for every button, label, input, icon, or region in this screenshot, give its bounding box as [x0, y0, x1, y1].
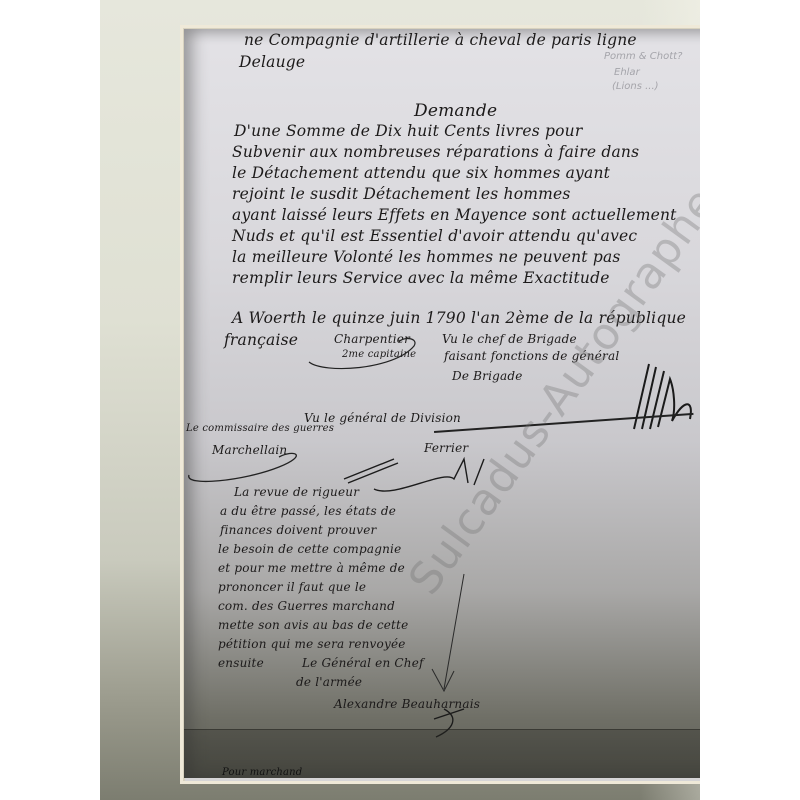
- endorsement-line-1: Vu le chef de Brigade: [442, 332, 577, 346]
- body-line-7: la meilleure Volonté les hommes ne peuve…: [232, 248, 621, 266]
- bottom-note: Pour marchand: [222, 767, 302, 778]
- manuscript-sheet: ne Compagnie d'artillerie à cheval de pa…: [184, 29, 700, 778]
- general-en-chef-line-2: de l'armée: [296, 675, 362, 689]
- pencil-note-2: Ehlar: [614, 67, 640, 78]
- pencil-note-1: Pomm & Chott?: [604, 51, 682, 62]
- body-line-4: rejoint le susdit Détachement les hommes: [232, 185, 571, 203]
- header-line-1: ne Compagnie d'artillerie à cheval de pa…: [244, 31, 637, 49]
- pencil-arrow-and-flourish: [404, 569, 524, 739]
- lower-note-line-3: finances doivent prouver: [220, 523, 376, 537]
- charpentier-flourish: [304, 334, 424, 374]
- framed-document-photo: ne Compagnie d'artillerie à cheval de pa…: [100, 0, 700, 800]
- document-title: Demande: [414, 101, 497, 121]
- header-line-2: Delauge: [239, 53, 305, 71]
- lower-note-line-10: ensuite: [218, 656, 264, 670]
- lower-note-line-1: La revue de rigueur: [234, 485, 359, 499]
- body-line-2: Subvenir aux nombreuses réparations à fa…: [232, 143, 639, 161]
- brigade-signature-paraphe: [614, 359, 700, 439]
- body-line-1: D'une Somme de Dix huit Cents livres pou…: [234, 122, 582, 140]
- lower-note-line-5: et pour me mettre à même de: [218, 561, 405, 575]
- dateline-2: française: [224, 331, 298, 349]
- body-line-5: ayant laissé leurs Effets en Mayence son…: [232, 206, 677, 224]
- body-line-8: remplir leurs Service avec la même Exact…: [232, 269, 610, 287]
- lower-note-line-4: le besoin de cette compagnie: [218, 542, 401, 556]
- body-line-3: le Détachement attendu que six hommes ay…: [232, 164, 610, 182]
- lower-note-line-9: pétition qui me sera renvoyée: [218, 637, 406, 651]
- left-note: Le commissaire des guerres: [186, 423, 334, 434]
- body-line-6: Nuds et qu'il est Essentiel d'avoir atte…: [232, 227, 637, 245]
- lower-note-line-2: a du être passé, les états de: [220, 504, 396, 518]
- lower-note-line-7: com. des Guerres marchand: [218, 599, 395, 613]
- endorsement-line-3: De Brigade: [452, 369, 523, 383]
- lower-note-line-8: mette son avis au bas de cette: [218, 618, 408, 632]
- pencil-note-3: (Lions ...): [612, 81, 659, 92]
- lower-note-line-6: prononcer il faut que le: [218, 580, 366, 594]
- left-signature-flourish: [184, 447, 324, 487]
